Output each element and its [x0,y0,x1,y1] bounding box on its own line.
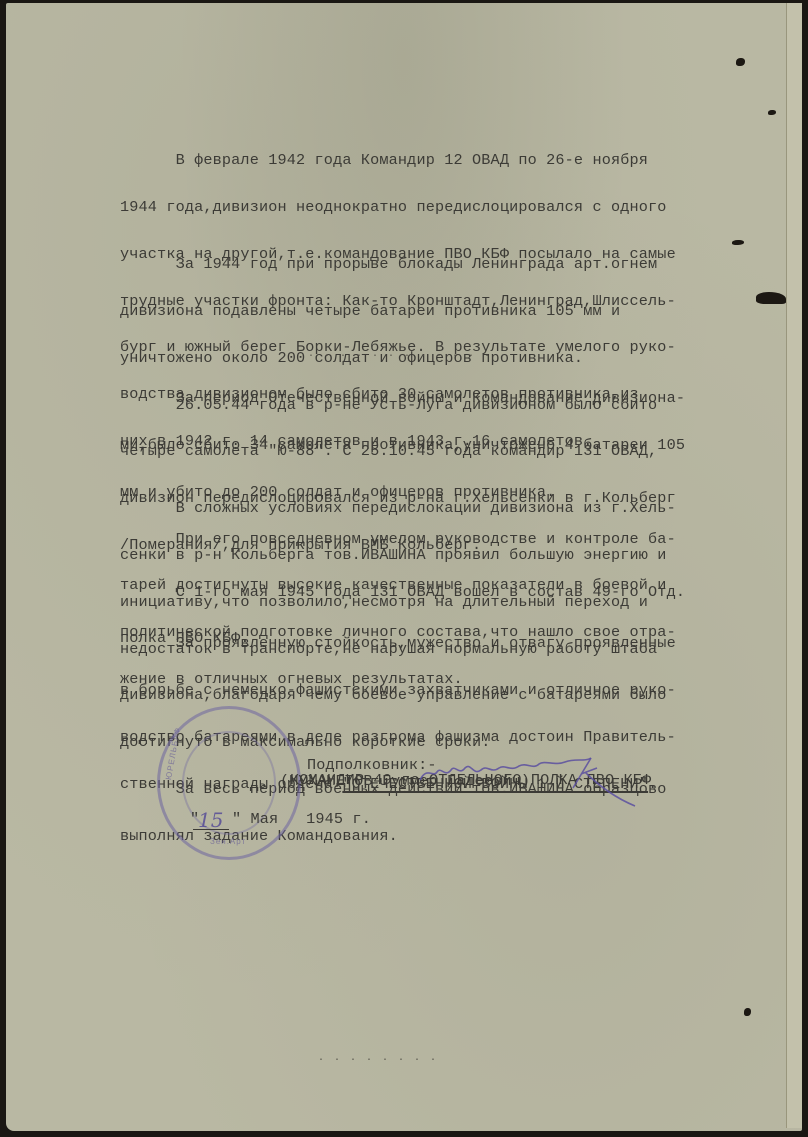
punch-hole [744,1008,751,1016]
text-line: ми,было сбито 34 самолета противника,уни… [120,438,685,454]
fold-line [786,3,787,1128]
date-suffix: " Мая 1945 г. [232,812,371,828]
handwritten-signature [415,748,640,808]
text-line: сенки в р-н Кольберга тов.ИВАШИНА прояви… [120,548,676,564]
stamp-ring-text: Зен.Арт [210,837,246,846]
date-underline [193,829,229,830]
text-line: За период Отечественной войны и Командов… [120,391,685,407]
text-line: 1944 года,дивизион неоднократно передисл… [120,200,676,216]
dotted-filler: . . . . . . . . [318,1053,438,1064]
text-line: За 1944 год при прорыве блокады Ленингра… [120,257,685,273]
punch-hole [768,110,776,115]
text-line: в борьбе с немецко-фашистскими захватчик… [120,683,676,699]
punch-hole [736,58,745,66]
text-line: В сложных условиях передислокации дивизи… [120,501,676,517]
text-line: За проявленную стойкость,мужество и отва… [120,636,676,652]
text-line: В феврале 1942 года Командир 12 ОВАД по … [120,153,676,169]
page-edge-strip [787,3,802,1128]
dotted-filler: . . . . . . . . . . . . [308,349,492,360]
text-line: дивизиона подавлены четыре батареи проти… [120,304,685,320]
punch-hole [732,240,744,245]
torn-edge [756,292,786,304]
